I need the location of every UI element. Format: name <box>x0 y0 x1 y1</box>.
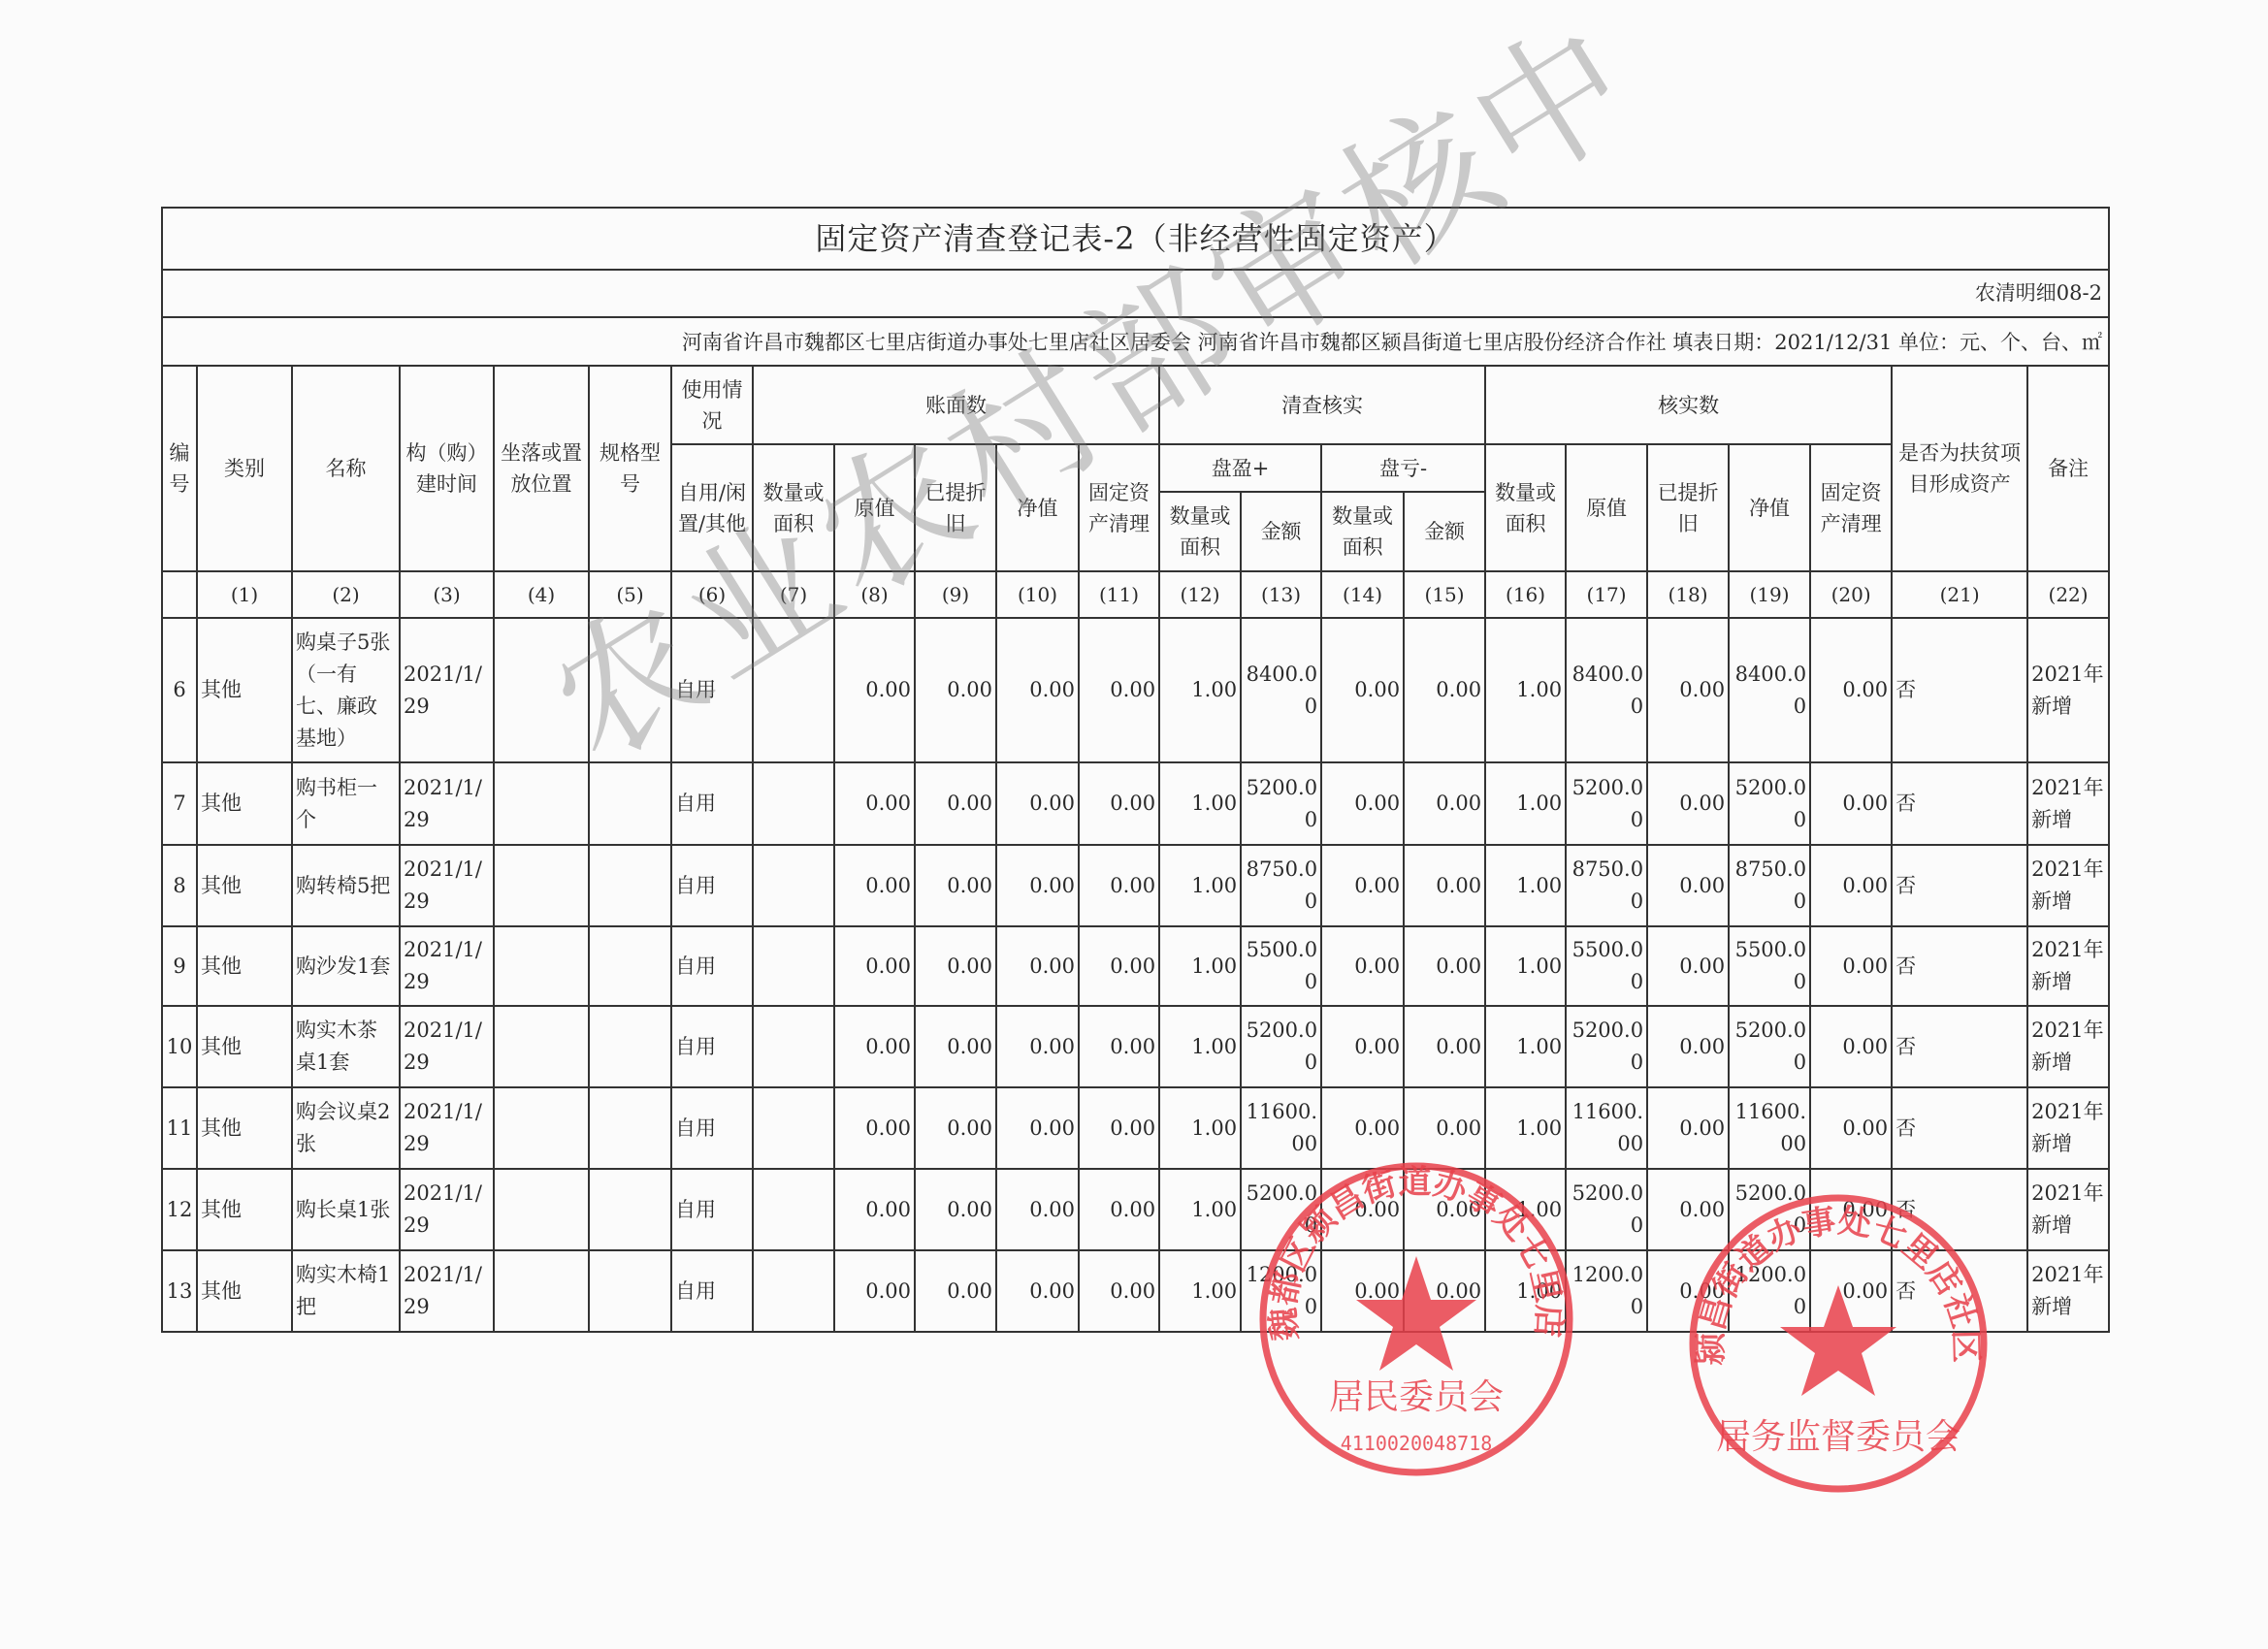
column-number: (15) <box>1404 571 1485 618</box>
column-number: (12) <box>1159 571 1241 618</box>
cell-remark: 2021年新增 <box>2027 618 2109 762</box>
cell-sur-amt: 8750.00 <box>1241 845 1321 926</box>
cell-ver-net: 8750.00 <box>1729 845 1810 926</box>
cell-loss-qty: 0.00 <box>1321 1087 1404 1169</box>
cell-poverty: 否 <box>1892 1169 2027 1250</box>
header-usage-group: 使用情况 <box>671 366 753 444</box>
cell-date: 2021/1/29 <box>400 762 494 845</box>
header-name: 名称 <box>292 366 400 571</box>
column-number: (20) <box>1810 571 1892 618</box>
table-row: 7其他购书柜一个2021/1/29自用0.000.000.000.001.005… <box>162 762 2109 845</box>
cell-book-clear: 0.00 <box>1079 762 1159 845</box>
cell-book-net: 0.00 <box>996 1087 1079 1169</box>
cell-usage: 自用 <box>671 1006 753 1087</box>
form-info-line: 河南省许昌市魏都区七里店街道办事处七里店社区居委会 河南省许昌市魏都区颍昌街道七… <box>161 316 2110 367</box>
cell-ver-qty: 1.00 <box>1485 1169 1566 1250</box>
header-location: 坐落或置放位置 <box>494 366 589 571</box>
cell-ver-net: 8400.00 <box>1729 618 1810 762</box>
cell-sur-amt: 5200.00 <box>1241 1169 1321 1250</box>
cell-book-clear: 0.00 <box>1079 1250 1159 1332</box>
cell-no: 11 <box>162 1087 197 1169</box>
cell-book-orig: 0.00 <box>834 1006 915 1087</box>
cell-poverty: 否 <box>1892 1087 2027 1169</box>
cell-name: 购书柜一个 <box>292 762 400 845</box>
cell-book-clear: 0.00 <box>1079 1169 1159 1250</box>
table-row: 13其他购实木椅1把2021/1/29自用0.000.000.000.001.0… <box>162 1250 2109 1332</box>
header-ver-dep: 已提折旧 <box>1647 444 1729 571</box>
header-loss-group: 盘亏- <box>1321 444 1485 492</box>
cell-ver-qty: 1.00 <box>1485 845 1566 926</box>
form-code: 农清明细08-2 <box>161 269 2110 316</box>
svg-text:4110020048718: 4110020048718 <box>1341 1432 1493 1455</box>
cell-poverty: 否 <box>1892 618 2027 762</box>
header-no: 编号 <box>162 366 197 571</box>
cell-ver-net: 11600.00 <box>1729 1087 1810 1169</box>
cell-ver-dep: 0.00 <box>1647 926 1729 1006</box>
table-row: 11其他购会议桌2张2021/1/29自用0.000.000.000.001.0… <box>162 1087 2109 1169</box>
column-number: (17) <box>1566 571 1647 618</box>
cell-loss-qty: 0.00 <box>1321 1250 1404 1332</box>
cell-date: 2021/1/29 <box>400 845 494 926</box>
cell-category: 其他 <box>197 762 292 845</box>
header-surplus-qty: 数量或面积 <box>1159 492 1241 571</box>
cell-ver-orig: 8750.00 <box>1566 845 1647 926</box>
cell-ver-net: 5500.00 <box>1729 926 1810 1006</box>
cell-ver-clear: 0.00 <box>1810 762 1892 845</box>
header-usage: 自用/闲置/其他 <box>671 444 753 571</box>
table-row: 10其他购实木茶桌1套2021/1/29自用0.000.000.000.001.… <box>162 1006 2109 1087</box>
cell-date: 2021/1/29 <box>400 1087 494 1169</box>
cell-ver-clear: 0.00 <box>1810 926 1892 1006</box>
header-verified-group: 核实数 <box>1485 366 1892 444</box>
cell-ver-clear: 0.00 <box>1810 1169 1892 1250</box>
cell-spec <box>589 1250 671 1332</box>
cell-ver-net: 1200.00 <box>1729 1250 1810 1332</box>
cell-loss-qty: 0.00 <box>1321 762 1404 845</box>
cell-sur-amt: 8400.00 <box>1241 618 1321 762</box>
cell-ver-dep: 0.00 <box>1647 1250 1729 1332</box>
cell-book-clear: 0.00 <box>1079 1087 1159 1169</box>
cell-date: 2021/1/29 <box>400 1250 494 1332</box>
cell-location <box>494 845 589 926</box>
cell-ver-orig: 5200.00 <box>1566 1006 1647 1087</box>
cell-usage: 自用 <box>671 1250 753 1332</box>
cell-ver-dep: 0.00 <box>1647 618 1729 762</box>
cell-loss-qty: 0.00 <box>1321 618 1404 762</box>
table-row: 9其他购沙发1套2021/1/29自用0.000.000.000.001.005… <box>162 926 2109 1006</box>
column-number: (8) <box>834 571 915 618</box>
cell-usage: 自用 <box>671 762 753 845</box>
cell-loss-qty: 0.00 <box>1321 1006 1404 1087</box>
cell-poverty: 否 <box>1892 845 2027 926</box>
cell-location <box>494 1006 589 1087</box>
cell-sur-qty: 1.00 <box>1159 762 1241 845</box>
cell-sur-qty: 1.00 <box>1159 1250 1241 1332</box>
header-book-dep: 已提折旧 <box>915 444 996 571</box>
cell-ver-orig: 8400.00 <box>1566 618 1647 762</box>
cell-book-net: 0.00 <box>996 762 1079 845</box>
header-build-time: 构（购）建时间 <box>400 366 494 571</box>
cell-category: 其他 <box>197 926 292 1006</box>
cell-loss-qty: 0.00 <box>1321 845 1404 926</box>
column-number: (2) <box>292 571 400 618</box>
cell-name: 购转椅5把 <box>292 845 400 926</box>
column-number: (14) <box>1321 571 1404 618</box>
cell-usage: 自用 <box>671 1087 753 1169</box>
cell-book-orig: 0.00 <box>834 1169 915 1250</box>
cell-sur-amt: 11600.00 <box>1241 1087 1321 1169</box>
cell-book-net: 0.00 <box>996 618 1079 762</box>
cell-sur-qty: 1.00 <box>1159 1169 1241 1250</box>
cell-ver-dep: 0.00 <box>1647 1087 1729 1169</box>
cell-location <box>494 618 589 762</box>
cell-remark: 2021年新增 <box>2027 1250 2109 1332</box>
cell-book-qty <box>753 1169 834 1250</box>
header-ver-orig: 原值 <box>1566 444 1647 571</box>
cell-book-dep: 0.00 <box>915 762 996 845</box>
cell-loss-amt: 0.00 <box>1404 1169 1485 1250</box>
cell-remark: 2021年新增 <box>2027 845 2109 926</box>
cell-ver-qty: 1.00 <box>1485 926 1566 1006</box>
cell-ver-qty: 1.00 <box>1485 1250 1566 1332</box>
cell-book-net: 0.00 <box>996 926 1079 1006</box>
cell-ver-net: 5200.00 <box>1729 1006 1810 1087</box>
header-ver-clear: 固定资产清理 <box>1810 444 1892 571</box>
cell-book-net: 0.00 <box>996 1169 1079 1250</box>
cell-spec <box>589 926 671 1006</box>
cell-book-qty <box>753 1087 834 1169</box>
cell-poverty: 否 <box>1892 762 2027 845</box>
cell-ver-orig: 5200.00 <box>1566 1169 1647 1250</box>
table-row: 8其他购转椅5把2021/1/29自用0.000.000.000.001.008… <box>162 845 2109 926</box>
column-number-row: (1)(2)(3)(4)(5)(6)(7)(8)(9)(10)(11)(12)(… <box>162 571 2109 618</box>
cell-no: 6 <box>162 618 197 762</box>
cell-no: 9 <box>162 926 197 1006</box>
header-book-orig: 原值 <box>834 444 915 571</box>
column-number: (6) <box>671 571 753 618</box>
cell-ver-qty: 1.00 <box>1485 1087 1566 1169</box>
cell-date: 2021/1/29 <box>400 926 494 1006</box>
asset-table: 编号 类别 名称 构（购）建时间 坐落或置放位置 规格型号 使用情况 账面数 清… <box>161 365 2110 1333</box>
cell-poverty: 否 <box>1892 1006 2027 1087</box>
header-book-clear: 固定资产清理 <box>1079 444 1159 571</box>
column-number: (21) <box>1892 571 2027 618</box>
cell-loss-amt: 0.00 <box>1404 845 1485 926</box>
cell-sur-amt: 5200.00 <box>1241 762 1321 845</box>
svg-text:居民委员会: 居民委员会 <box>1329 1377 1504 1417</box>
header-loss-amt: 金额 <box>1404 492 1485 571</box>
column-number <box>162 571 197 618</box>
cell-book-qty <box>753 762 834 845</box>
header-spec: 规格型号 <box>589 366 671 571</box>
column-number: (1) <box>197 571 292 618</box>
cell-location <box>494 1169 589 1250</box>
cell-sur-qty: 1.00 <box>1159 1006 1241 1087</box>
cell-book-clear: 0.00 <box>1079 1006 1159 1087</box>
cell-book-qty <box>753 926 834 1006</box>
column-number: (16) <box>1485 571 1566 618</box>
header-ver-qty: 数量或面积 <box>1485 444 1566 571</box>
column-number: (10) <box>996 571 1079 618</box>
cell-ver-qty: 1.00 <box>1485 1006 1566 1087</box>
cell-loss-amt: 0.00 <box>1404 1250 1485 1332</box>
cell-poverty: 否 <box>1892 1250 2027 1332</box>
cell-category: 其他 <box>197 618 292 762</box>
cell-book-dep: 0.00 <box>915 1087 996 1169</box>
cell-ver-orig: 5200.00 <box>1566 762 1647 845</box>
header-ver-net: 净值 <box>1729 444 1810 571</box>
cell-book-orig: 0.00 <box>834 1087 915 1169</box>
cell-name: 购会议桌2张 <box>292 1087 400 1169</box>
header-book-qty: 数量或面积 <box>753 444 834 571</box>
cell-sur-amt: 5200.00 <box>1241 1006 1321 1087</box>
cell-book-qty <box>753 618 834 762</box>
cell-ver-net: 5200.00 <box>1729 762 1810 845</box>
cell-book-clear: 0.00 <box>1079 845 1159 926</box>
cell-remark: 2021年新增 <box>2027 1169 2109 1250</box>
cell-date: 2021/1/29 <box>400 618 494 762</box>
cell-book-orig: 0.00 <box>834 1250 915 1332</box>
cell-remark: 2021年新增 <box>2027 1006 2109 1087</box>
cell-loss-amt: 0.00 <box>1404 1087 1485 1169</box>
cell-book-dep: 0.00 <box>915 1006 996 1087</box>
svg-text:居务监督委员会: 居务监督委员会 <box>1716 1417 1960 1457</box>
cell-loss-amt: 0.00 <box>1404 618 1485 762</box>
cell-no: 13 <box>162 1250 197 1332</box>
cell-loss-qty: 0.00 <box>1321 1169 1404 1250</box>
cell-category: 其他 <box>197 1006 292 1087</box>
header-check-group: 清查核实 <box>1159 366 1485 444</box>
cell-name: 购长桌1张 <box>292 1169 400 1250</box>
cell-ver-clear: 0.00 <box>1810 1006 1892 1087</box>
column-number: (11) <box>1079 571 1159 618</box>
cell-name: 购实木茶桌1套 <box>292 1006 400 1087</box>
cell-book-clear: 0.00 <box>1079 926 1159 1006</box>
cell-loss-amt: 0.00 <box>1404 1006 1485 1087</box>
cell-ver-net: 5200.00 <box>1729 1169 1810 1250</box>
header-loss-qty: 数量或面积 <box>1321 492 1404 571</box>
header-book-group: 账面数 <box>753 366 1159 444</box>
column-number: (4) <box>494 571 589 618</box>
header-poverty: 是否为扶贫项目形成资产 <box>1892 366 2027 571</box>
table-row: 12其他购长桌1张2021/1/29自用0.000.000.000.001.00… <box>162 1169 2109 1250</box>
cell-remark: 2021年新增 <box>2027 926 2109 1006</box>
cell-book-net: 0.00 <box>996 1006 1079 1087</box>
cell-ver-dep: 0.00 <box>1647 845 1729 926</box>
cell-loss-amt: 0.00 <box>1404 926 1485 1006</box>
cell-date: 2021/1/29 <box>400 1169 494 1250</box>
cell-sur-qty: 1.00 <box>1159 845 1241 926</box>
cell-book-orig: 0.00 <box>834 618 915 762</box>
cell-book-dep: 0.00 <box>915 1250 996 1332</box>
column-number: (18) <box>1647 571 1729 618</box>
header-remark: 备注 <box>2027 366 2109 571</box>
cell-spec <box>589 1087 671 1169</box>
cell-book-dep: 0.00 <box>915 618 996 762</box>
cell-category: 其他 <box>197 845 292 926</box>
cell-spec <box>589 618 671 762</box>
cell-sur-qty: 1.00 <box>1159 1087 1241 1169</box>
cell-name: 购沙发1套 <box>292 926 400 1006</box>
cell-ver-orig: 5500.00 <box>1566 926 1647 1006</box>
cell-location <box>494 1087 589 1169</box>
cell-usage: 自用 <box>671 1169 753 1250</box>
cell-category: 其他 <box>197 1169 292 1250</box>
cell-spec <box>589 1169 671 1250</box>
cell-book-clear: 0.00 <box>1079 618 1159 762</box>
cell-book-dep: 0.00 <box>915 1169 996 1250</box>
cell-name: 购实木椅1把 <box>292 1250 400 1332</box>
cell-ver-dep: 0.00 <box>1647 762 1729 845</box>
form-title: 固定资产清查登记表-2（非经营性固定资产） <box>161 207 2110 269</box>
cell-ver-clear: 0.00 <box>1810 845 1892 926</box>
cell-spec <box>589 1006 671 1087</box>
cell-sur-amt: 1200.00 <box>1241 1250 1321 1332</box>
cell-category: 其他 <box>197 1087 292 1169</box>
cell-usage: 自用 <box>671 926 753 1006</box>
column-number: (19) <box>1729 571 1810 618</box>
cell-usage: 自用 <box>671 845 753 926</box>
cell-ver-dep: 0.00 <box>1647 1006 1729 1087</box>
cell-book-qty <box>753 1250 834 1332</box>
cell-book-dep: 0.00 <box>915 926 996 1006</box>
column-number: (3) <box>400 571 494 618</box>
table-row: 6其他购桌子5张（一有七、廉政基地）2021/1/29自用0.000.000.0… <box>162 618 2109 762</box>
cell-poverty: 否 <box>1892 926 2027 1006</box>
header-category: 类别 <box>197 366 292 571</box>
cell-category: 其他 <box>197 1250 292 1332</box>
cell-book-orig: 0.00 <box>834 845 915 926</box>
cell-ver-dep: 0.00 <box>1647 1169 1729 1250</box>
header-surplus-amt: 金额 <box>1241 492 1321 571</box>
cell-book-orig: 0.00 <box>834 762 915 845</box>
cell-spec <box>589 762 671 845</box>
cell-location <box>494 1250 589 1332</box>
cell-book-net: 0.00 <box>996 845 1079 926</box>
cell-ver-qty: 1.00 <box>1485 762 1566 845</box>
column-number: (22) <box>2027 571 2109 618</box>
column-number: (5) <box>589 571 671 618</box>
cell-no: 7 <box>162 762 197 845</box>
cell-date: 2021/1/29 <box>400 1006 494 1087</box>
cell-name: 购桌子5张（一有七、廉政基地） <box>292 618 400 762</box>
cell-ver-clear: 0.00 <box>1810 1250 1892 1332</box>
cell-ver-orig: 11600.00 <box>1566 1087 1647 1169</box>
cell-sur-amt: 5500.00 <box>1241 926 1321 1006</box>
cell-location <box>494 926 589 1006</box>
cell-ver-qty: 1.00 <box>1485 618 1566 762</box>
cell-no: 10 <box>162 1006 197 1087</box>
cell-loss-amt: 0.00 <box>1404 762 1485 845</box>
cell-book-net: 0.00 <box>996 1250 1079 1332</box>
cell-location <box>494 762 589 845</box>
column-number: (13) <box>1241 571 1321 618</box>
cell-sur-qty: 1.00 <box>1159 926 1241 1006</box>
column-number: (7) <box>753 571 834 618</box>
cell-usage: 自用 <box>671 618 753 762</box>
cell-loss-qty: 0.00 <box>1321 926 1404 1006</box>
cell-no: 12 <box>162 1169 197 1250</box>
cell-ver-clear: 0.00 <box>1810 1087 1892 1169</box>
cell-book-dep: 0.00 <box>915 845 996 926</box>
cell-remark: 2021年新增 <box>2027 1087 2109 1169</box>
cell-ver-orig: 1200.00 <box>1566 1250 1647 1332</box>
cell-book-orig: 0.00 <box>834 926 915 1006</box>
cell-book-qty <box>753 1006 834 1087</box>
cell-ver-clear: 0.00 <box>1810 618 1892 762</box>
cell-sur-qty: 1.00 <box>1159 618 1241 762</box>
header-book-net: 净值 <box>996 444 1079 571</box>
cell-book-qty <box>753 845 834 926</box>
cell-remark: 2021年新增 <box>2027 762 2109 845</box>
header-surplus-group: 盘盈+ <box>1159 444 1321 492</box>
cell-spec <box>589 845 671 926</box>
cell-no: 8 <box>162 845 197 926</box>
column-number: (9) <box>915 571 996 618</box>
